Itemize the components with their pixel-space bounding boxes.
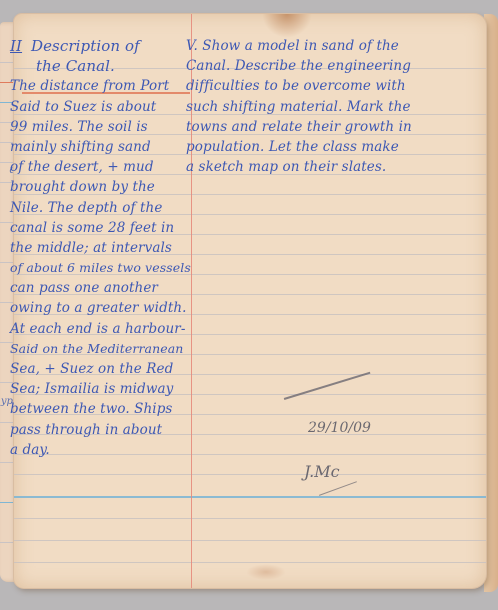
text-line: At each end is a harbour- xyxy=(10,319,176,339)
text-line: canal is some 28 feet in xyxy=(10,218,176,238)
left-column: II Description of the Canal. The distanc… xyxy=(10,36,176,460)
pencil-date: 29/10/09 xyxy=(308,420,371,436)
text-line: the middle; at intervals xyxy=(10,238,176,258)
text-line: Nile. The depth of the xyxy=(10,198,176,218)
text-line: mainly shifting sand xyxy=(10,137,176,157)
heading-text: Description of xyxy=(31,37,140,55)
text-line: Sea, + Suez on the Red xyxy=(10,359,176,379)
text-line: brought down by the xyxy=(10,177,176,197)
section-numeral: II xyxy=(10,37,22,55)
text-line: a sketch map on their slates. xyxy=(186,157,456,177)
water-stain xyxy=(246,564,286,580)
text-line: a day. xyxy=(10,440,176,460)
text-line: Sea; Ismailia is midway xyxy=(10,379,176,399)
text-line: Said on the Mediterranean xyxy=(10,339,176,359)
text-line-content: Show a model in sand of the xyxy=(202,38,399,54)
text-line: pass through in about xyxy=(10,420,176,440)
page-stack-edge xyxy=(484,14,498,592)
text-line: between the two. Ships xyxy=(10,399,176,419)
text-line: of about 6 miles two vessels xyxy=(10,258,176,278)
section-heading: II Description of xyxy=(10,36,176,56)
text-line: The distance from Port xyxy=(10,76,176,96)
text-line: 99 miles. The soil is xyxy=(10,117,176,137)
right-column: V. Show a model in sand of the Canal. De… xyxy=(186,36,456,177)
text-line: Said to Suez is about xyxy=(10,97,176,117)
text-line: V. Show a model in sand of the xyxy=(186,36,456,56)
water-stain xyxy=(262,14,312,38)
text-line: of the desert, + mud xyxy=(10,157,176,177)
pencil-initials: J.Mc xyxy=(304,462,340,481)
text-line: towns and relate their growth in xyxy=(186,117,456,137)
heading-text-line2: the Canal. xyxy=(10,56,176,76)
text-line: population. Let the class make xyxy=(186,137,456,157)
text-line: owing to a greater width. xyxy=(10,298,176,318)
text-line: such shifting material. Mark the xyxy=(186,97,456,117)
section-numeral: V. xyxy=(186,38,198,54)
text-line: Canal. Describe the engineering xyxy=(186,56,456,76)
text-line: difficulties to be overcome with xyxy=(186,76,456,96)
text-line: can pass one another xyxy=(10,278,176,298)
